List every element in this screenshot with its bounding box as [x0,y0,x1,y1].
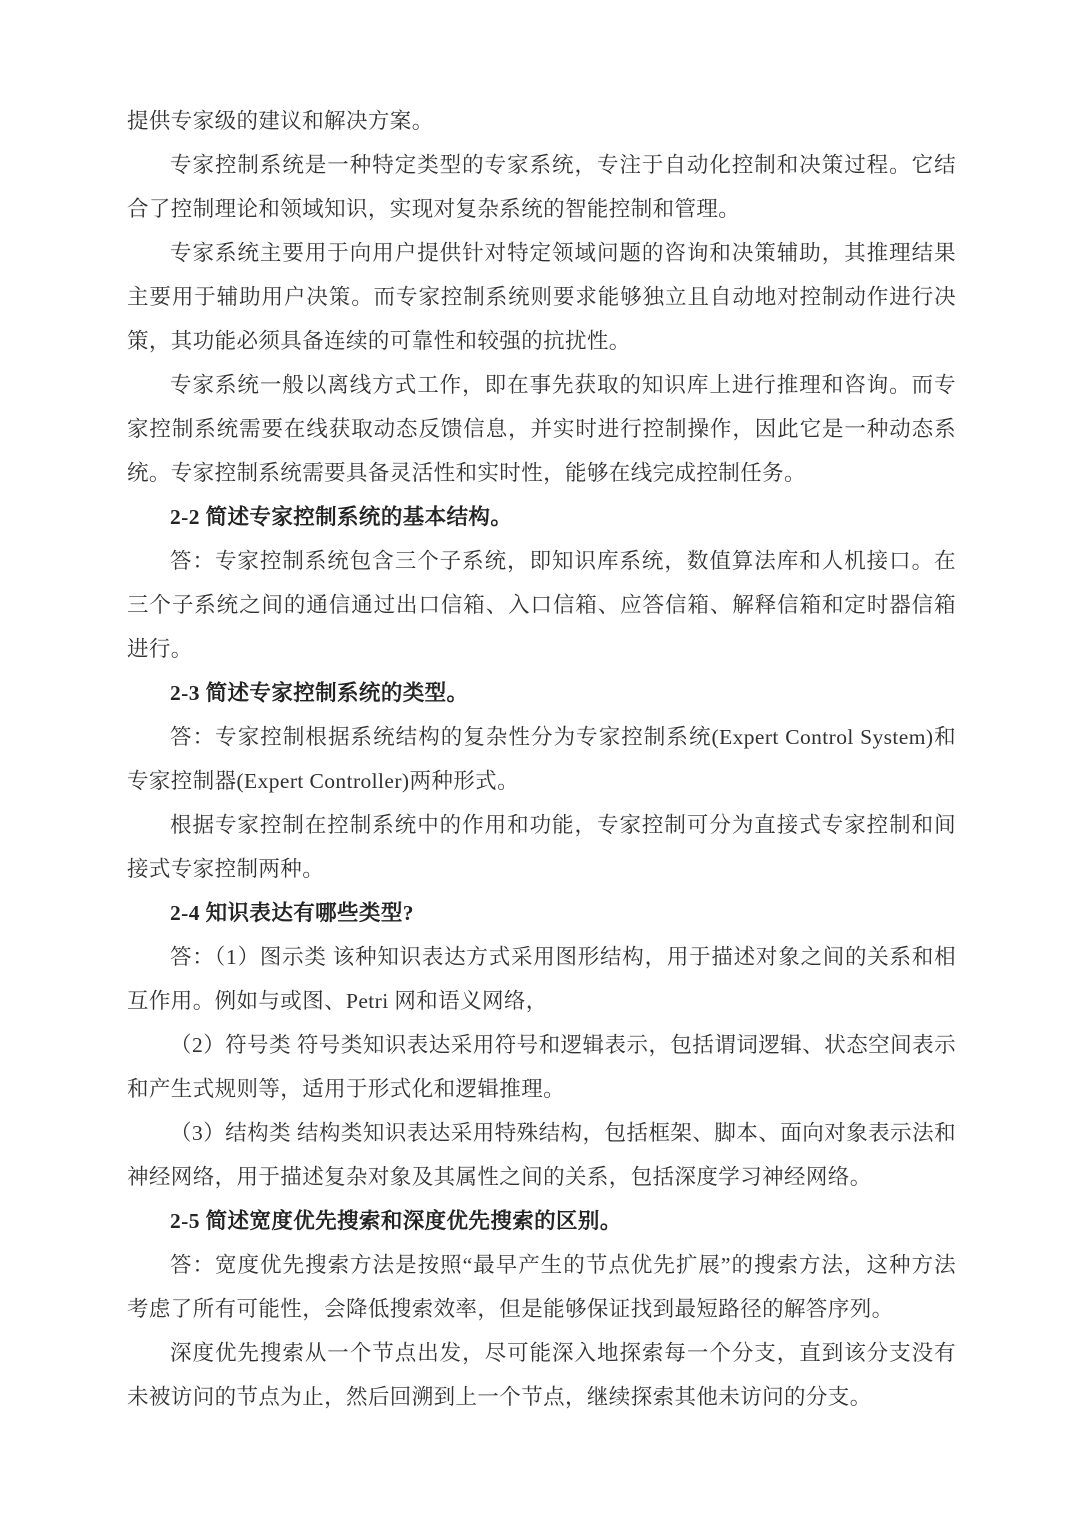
paragraph: （2）符号类 符号类知识表达采用符号和逻辑表示，包括谓词逻辑、状态空间表示和产生… [127,1023,956,1111]
paragraph: 深度优先搜索从一个节点出发，尽可能深入地探索每一个分支，直到该分支没有未被访问的… [127,1331,956,1419]
question-heading: 2-3 简述专家控制系统的类型。 [127,671,956,715]
paragraph: 答：专家控制根据系统结构的复杂性分为专家控制系统(Expert Control … [127,715,956,803]
paragraph: （3）结构类 结构类知识表达采用特殊结构，包括框架、脚本、面向对象表示法和神经网… [127,1111,956,1199]
paragraph: 根据专家控制在控制系统中的作用和功能，专家控制可分为直接式专家控制和间接式专家控… [127,803,956,891]
document-text-block: 提供专家级的建议和解决方案。专家控制系统是一种特定类型的专家系统，专注于自动化控… [127,99,956,1419]
paragraph: 答：专家控制系统包含三个子系统，即知识库系统，数值算法库和人机接口。在三个子系统… [127,539,956,671]
paragraph: 答：（1）图示类 该种知识表达方式采用图形结构，用于描述对象之间的关系和相互作用… [127,935,956,1023]
paragraph: 专家系统一般以离线方式工作，即在事先获取的知识库上进行推理和咨询。而专家控制系统… [127,363,956,495]
paragraph: 专家控制系统是一种特定类型的专家系统，专注于自动化控制和决策过程。它结合了控制理… [127,143,956,231]
question-heading: 2-2 简述专家控制系统的基本结构。 [127,495,956,539]
paragraph: 答：宽度优先搜索方法是按照“最早产生的节点优先扩展”的搜索方法，这种方法考虑了所… [127,1243,956,1331]
document-page: 提供专家级的建议和解决方案。专家控制系统是一种特定类型的专家系统，专注于自动化控… [0,0,1080,1528]
question-heading: 2-5 简述宽度优先搜索和深度优先搜索的区别。 [127,1199,956,1243]
question-heading: 2-4 知识表达有哪些类型? [127,891,956,935]
paragraph: 提供专家级的建议和解决方案。 [127,99,956,143]
paragraph: 专家系统主要用于向用户提供针对特定领域问题的咨询和决策辅助，其推理结果主要用于辅… [127,231,956,363]
